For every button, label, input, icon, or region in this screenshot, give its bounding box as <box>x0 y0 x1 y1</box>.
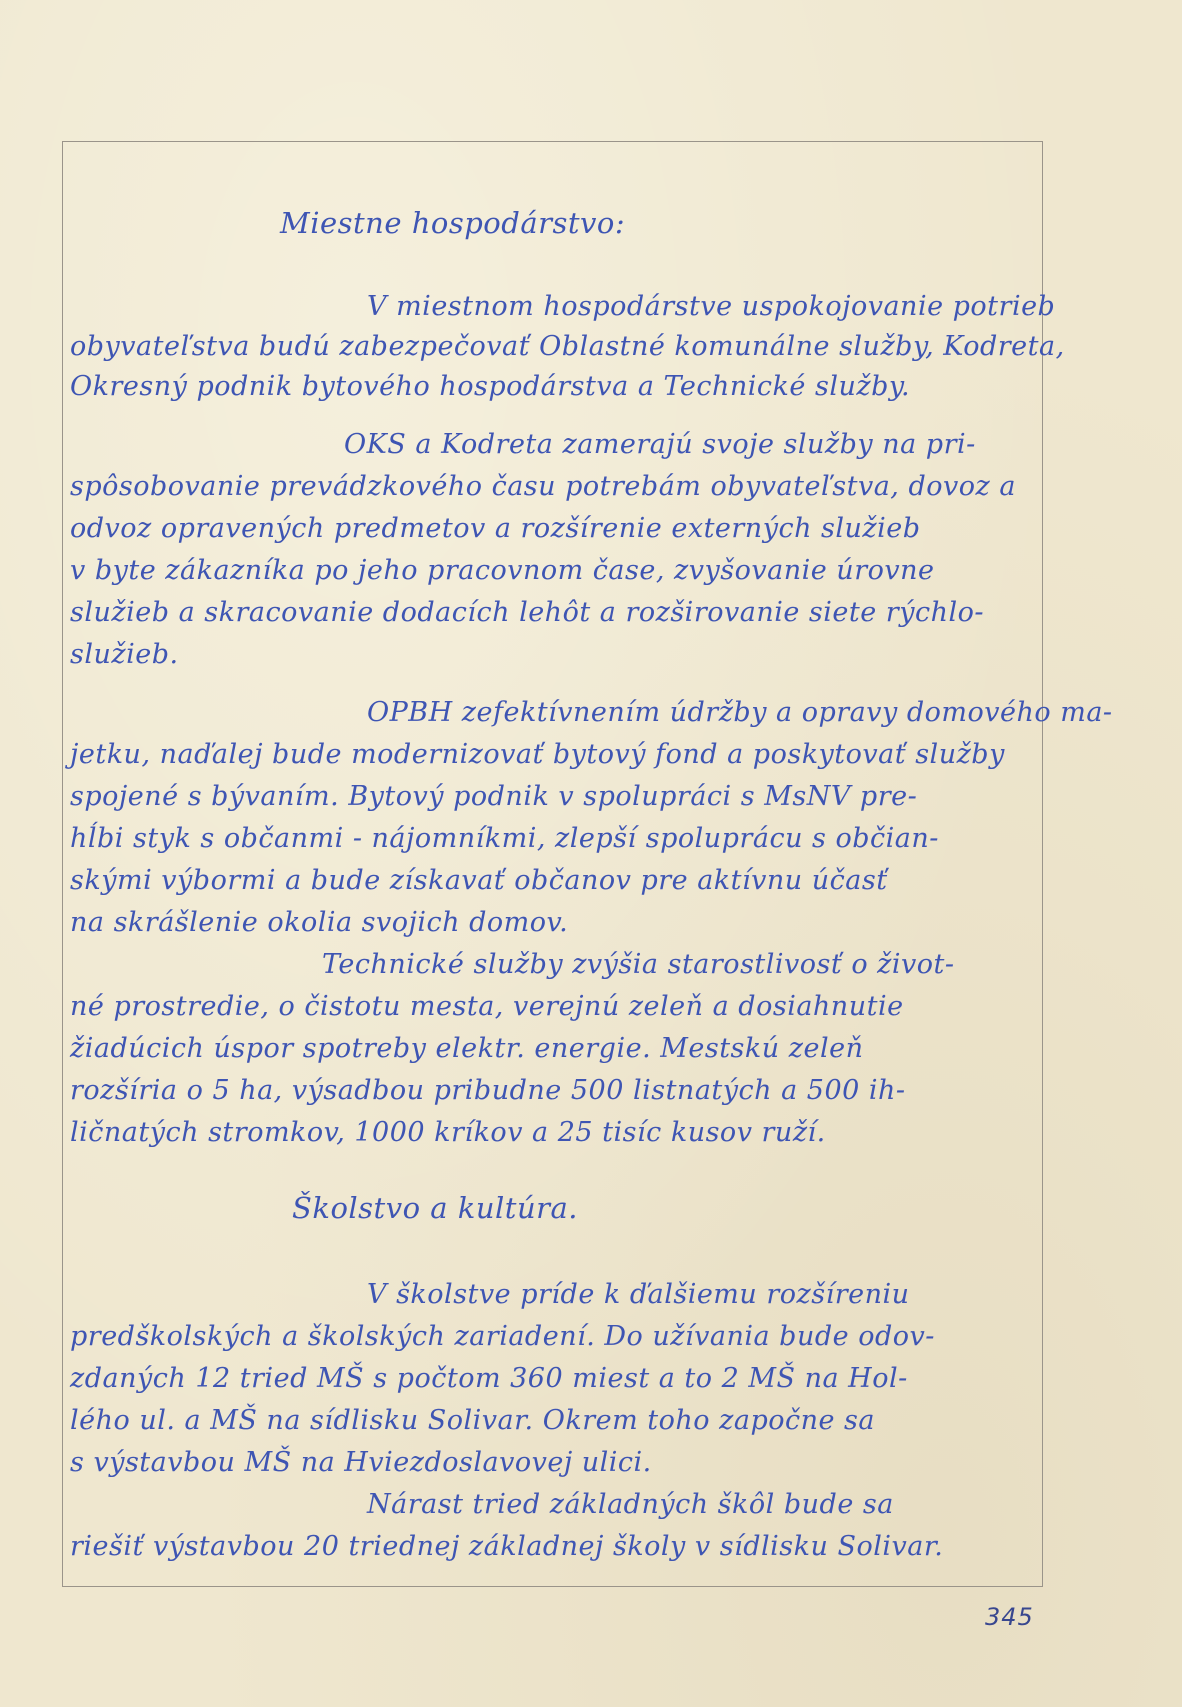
section-heading-skolstvo-a-kultura: Školstvo a kultúra. <box>292 1194 578 1223</box>
text-line: rozšíria o 5 ha, výsadbou pribudne 500 l… <box>70 1077 906 1104</box>
page-content: Miestne hospodárstvo: V miestnom hospodá… <box>62 141 1043 1587</box>
text-line: služieb a skracovanie dodacích lehôt a r… <box>70 599 984 626</box>
text-line: spojené s bývaním. Bytový podnik v spolu… <box>70 783 917 810</box>
text-line: V miestnom hospodárstve uspokojovanie po… <box>367 293 1055 320</box>
text-line: skými výbormi a bude získavať občanov pr… <box>70 867 888 894</box>
text-line: s výstavbou MŠ na Hviezdoslavovej ulici. <box>70 1449 652 1476</box>
text-line: riešiť výstavbou 20 triednej základnej š… <box>70 1533 943 1560</box>
text-line: OPBH zefektívnením údržby a opravy domov… <box>367 699 1113 726</box>
text-line: zdaných 12 tried MŠ s počtom 360 miest a… <box>70 1365 908 1392</box>
text-line: jetku, naďalej bude modernizovať bytový … <box>70 741 1005 768</box>
text-line: služieb. <box>70 641 179 668</box>
page-number: 345 <box>985 1603 1034 1631</box>
text-line: spôsobovanie prevádzkového času potrebám… <box>70 473 1016 500</box>
text-line: Technické služby zvýšia starostlivosť o … <box>322 951 955 978</box>
text-line: ličnatých stromkov, 1000 kríkov a 25 tis… <box>70 1119 826 1146</box>
text-line: lého ul. a MŠ na sídlisku Solivar. Okrem… <box>70 1407 875 1434</box>
text-line: Nárast tried základných škôl bude sa <box>367 1491 894 1518</box>
text-line: OKS a Kodreta zamerajú svoje služby na p… <box>344 431 976 458</box>
text-line: V školstve príde k ďalšiemu rozšíreniu <box>367 1281 910 1308</box>
text-line: hĺbi styk s občanmi - nájomníkmi, zlepší… <box>70 825 939 852</box>
section-heading-miestne-hospodarstvo: Miestne hospodárstvo: <box>280 209 625 238</box>
text-line: žiadúcich úspor spotreby elektr. energie… <box>70 1035 863 1062</box>
text-line: odvoz opravených predmetov a rozšírenie … <box>70 515 921 542</box>
text-line: né prostredie, o čistotu mesta, verejnú … <box>70 993 904 1020</box>
text-line: na skrášlenie okolia svojich domov. <box>70 909 568 936</box>
text-line: v byte zákazníka po jeho pracovnom čase,… <box>70 557 934 584</box>
text-line: obyvateľstva budú zabezpečovať Oblastné … <box>70 333 1065 360</box>
text-line: predškolských a školských zariadení. Do … <box>70 1323 935 1350</box>
text-line: Okresný podnik bytového hospodárstva a T… <box>70 373 910 400</box>
